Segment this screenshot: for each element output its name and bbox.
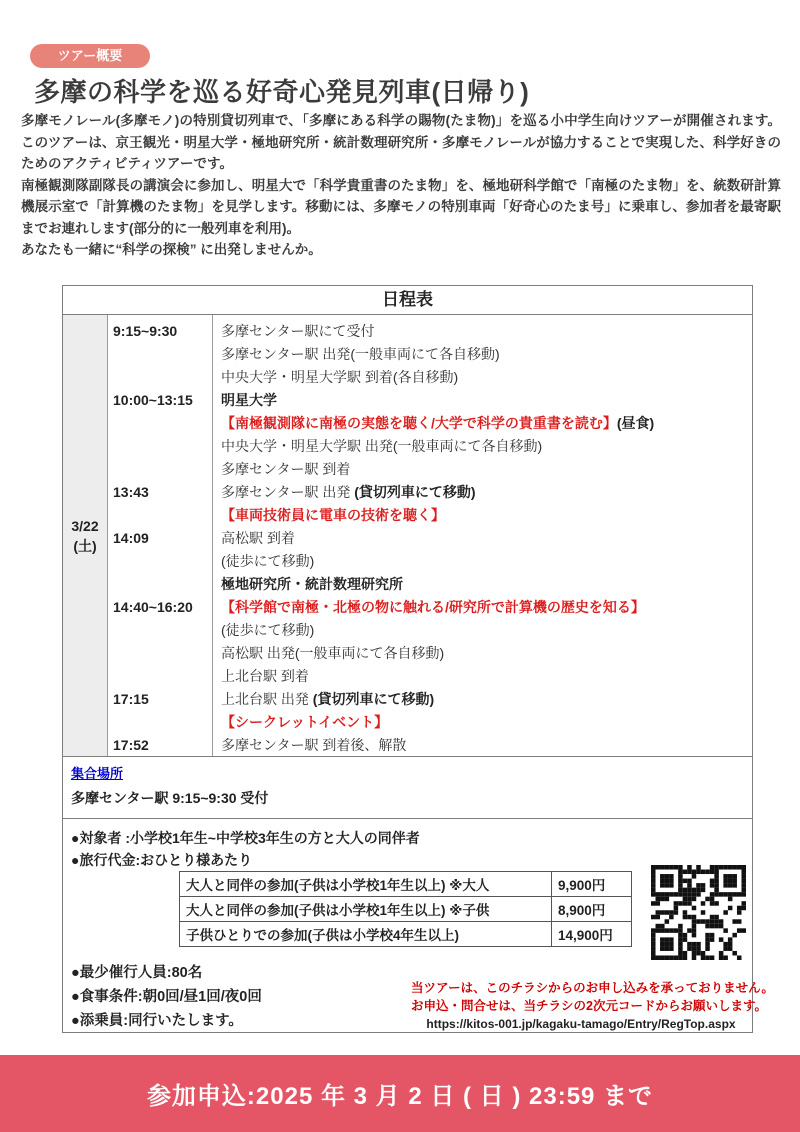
price-table: 大人と同伴の参加(子供は小学校1年生以上) ※大人9,900円大人と同伴の参加(… [179,871,632,947]
date-cell: 3/22 (土) [63,315,108,756]
schedule-event-segment: (貸切列車にて移動) [313,691,434,707]
fee-line: ●旅行代金:おひとり様あたり [71,849,744,871]
intro-paragraph-1: 多摩モノレール(多摩モノ)の特別貸切列車で、「多摩にある科学の賜物(たま物)」を… [21,110,781,175]
schedule-event-4: 【南極観測隊に南極の実態を聴く/大学で科学の貴重書を読む】(昼食) [221,412,752,435]
schedule-event-segment: (昼食) [617,415,654,431]
schedule-event-segment: 【南極観測隊に南極の実態を聴く/大学で科学の貴重書を読む】 [221,415,617,431]
date-line2: (土) [73,536,96,556]
schedule-event-0: 多摩センター駅にて受付 [221,320,752,343]
schedule-event-10: (徒歩にて移動) [221,550,752,573]
schedule-event-8: 【車両技術員に電車の技術を聴く】 [221,504,752,527]
audience-line: ●対象者 :小学校1年生~中学校3年生の方と大人の同伴者 [71,827,744,849]
price-row-amount: 9,900円 [552,872,632,897]
price-row-label: 子供ひとりでの参加(子供は小学校4年生以上) [180,922,552,947]
schedule-event-2: 中央大学・明星大学駅 到着(各自移動) [221,366,752,389]
schedule-event-14: 高松駅 出発(一般車両にて各自移動) [221,642,752,665]
schedule-event-segment: 【科学館で南極・北極の物に触れる/研究所で計算機の歴史を知る】 [221,599,645,615]
schedule-event-segment: (徒歩にて移動) [221,622,314,638]
schedule-event-segment: 多摩センター駅にて受付 [221,323,374,339]
price-row-amount: 8,900円 [552,897,632,922]
schedule-event-segment: 多摩センター駅 到着後、解散 [221,737,406,753]
notice-line-2: お申込・問合せは、当チラシの2次元コードからお願いします。 [411,997,751,1015]
schedule-time-5 [113,435,212,458]
itinerary-box: 日程表 3/22 (土) 9:15~9:30 10:00~13:15 13:43… [62,285,753,1033]
price-row-1: 大人と同伴の参加(子供は小学校1年生以上) ※子供8,900円 [180,897,632,922]
schedule-event-11: 極地研究所・統計数理研究所 [221,573,752,596]
notice-line-1: 当ツアーは、このチラシからのお申し込みを承っておりません。 [411,979,751,997]
schedule-time-14 [113,642,212,665]
events-column: 多摩センター駅にて受付多摩センター駅 出発(一般車両にて各自移動)中央大学・明星… [213,315,752,756]
tour-details-section: ●対象者 :小学校1年生~中学校3年生の方と大人の同伴者 ●旅行代金:おひとり様… [63,818,752,1032]
schedule-event-segment: 中央大学・明星大学駅 到着(各自移動) [221,369,458,385]
schedule-event-17: 【シークレットイベント】 [221,711,752,734]
schedule-event-segment: 極地研究所・統計数理研究所 [221,576,403,592]
schedule-time-15 [113,665,212,688]
conditions-list: ●最少催行人員:80名 ●食事条件:朝0回/昼1回/夜0回 ●添乗員:同行いたし… [71,961,262,1033]
tour-conductor-line: ●添乗員:同行いたします。 [71,1009,262,1033]
meeting-place-section: 集合場所 多摩センター駅 9:15~9:30 受付 [63,756,752,818]
schedule-event-segment: 多摩センター駅 到着 [221,461,350,477]
intro-paragraph-2: 南極観測隊副隊長の講演会に参加し、明星大で「科学貴重書のたま物」を、極地研科学館… [21,175,781,240]
schedule-event-segment: 【シークレットイベント】 [221,714,388,730]
schedule-event-7: 多摩センター駅 出発 (貸切列車にて移動) [221,481,752,504]
schedule-event-segment: 中央大学・明星大学駅 出発(一般車両にて各自移動) [221,438,542,454]
schedule-event-1: 多摩センター駅 出発(一般車両にて各自移動) [221,343,752,366]
schedule-event-segment: 明星大学 [221,392,277,408]
intro-paragraphs: 多摩モノレール(多摩モノ)の特別貸切列車で、「多摩にある科学の賜物(たま物)」を… [21,110,781,261]
price-row-label: 大人と同伴の参加(子供は小学校1年生以上) ※大人 [180,872,552,897]
schedule-time-11 [113,573,212,596]
meeting-place-link[interactable]: 集合場所 [71,763,123,782]
schedule-time-0: 9:15~9:30 [113,320,212,343]
schedule-event-segment: 高松駅 到着 [221,530,295,546]
price-row-label: 大人と同伴の参加(子供は小学校1年生以上) ※子供 [180,897,552,922]
schedule-event-16: 上北台駅 出発 (貸切列車にて移動) [221,688,752,711]
schedule-time-18: 17:52 [113,734,212,757]
schedule-time-1 [113,343,212,366]
schedule-event-13: (徒歩にて移動) [221,619,752,642]
price-row-amount: 14,900円 [552,922,632,947]
schedule-event-segment: 多摩センター駅 出発(一般車両にて各自移動) [221,346,500,362]
date-line1: 3/22 [71,516,98,536]
qr-code-icon [651,865,746,960]
schedule-event-segment: 多摩センター駅 出発 [221,484,354,500]
schedule-event-segment: 高松駅 出発(一般車両にて各自移動) [221,645,444,661]
schedule-event-12: 【科学館で南極・北極の物に触れる/研究所で計算機の歴史を知る】 [221,596,752,619]
deadline-text: 参加申込:2025 年 3 月 2 日 ( 日 ) 23:59 まで [147,1076,653,1111]
schedule-event-6: 多摩センター駅 到着 [221,458,752,481]
schedule-event-9: 高松駅 到着 [221,527,752,550]
tour-overview-badge: ツアー概要 [30,44,150,68]
price-row-2: 子供ひとりでの参加(子供は小学校4年生以上)14,900円 [180,922,632,947]
application-notice: 当ツアーは、このチラシからのお申し込みを承っておりません。 お申込・問合せは、当… [411,979,751,1033]
schedule-event-15: 上北台駅 到着 [221,665,752,688]
schedule-time-4 [113,412,212,435]
itinerary-schedule: 3/22 (土) 9:15~9:30 10:00~13:15 13:43 14:… [63,314,752,756]
schedule-time-9: 14:09 [113,527,212,550]
schedule-time-8 [113,504,212,527]
schedule-event-segment: (貸切列車にて移動) [354,484,475,500]
schedule-time-10 [113,550,212,573]
schedule-time-3: 10:00~13:15 [113,389,212,412]
schedule-event-segment: 上北台駅 到着 [221,668,309,684]
price-row-0: 大人と同伴の参加(子供は小学校1年生以上) ※大人9,900円 [180,872,632,897]
application-url: https://kitos-001.jp/kagaku-tamago/Entry… [411,1015,751,1033]
itinerary-header: 日程表 [63,286,752,314]
schedule-time-7: 13:43 [113,481,212,504]
min-participants-line: ●最少催行人員:80名 [71,961,262,985]
schedule-time-16: 17:15 [113,688,212,711]
meals-line: ●食事条件:朝0回/昼1回/夜0回 [71,985,262,1009]
meeting-place-detail: 多摩センター駅 9:15~9:30 受付 [71,788,744,808]
times-column: 9:15~9:30 10:00~13:15 13:43 14:09 14:40~… [108,315,213,756]
page-title: 多摩の科学を巡る好奇心発見列車(日帰り) [34,72,529,109]
schedule-event-segment: (徒歩にて移動) [221,553,314,569]
schedule-time-17 [113,711,212,734]
schedule-event-18: 多摩センター駅 到着後、解散 [221,734,752,756]
flyer-page: ツアー概要 多摩の科学を巡る好奇心発見列車(日帰り) 多摩モノレール(多摩モノ)… [0,0,800,1132]
schedule-event-3: 明星大学 [221,389,752,412]
schedule-time-2 [113,366,212,389]
schedule-event-segment: 上北台駅 出発 [221,691,313,707]
schedule-event-5: 中央大学・明星大学駅 出発(一般車両にて各自移動) [221,435,752,458]
schedule-time-12: 14:40~16:20 [113,596,212,619]
schedule-time-13 [113,619,212,642]
schedule-event-segment: 【車両技術員に電車の技術を聴く】 [221,507,445,523]
intro-paragraph-3: あなたも一緒に“科学の探検” に出発しませんか。 [21,239,781,261]
deadline-banner: 参加申込:2025 年 3 月 2 日 ( 日 ) 23:59 まで [0,1055,800,1132]
schedule-time-6 [113,458,212,481]
